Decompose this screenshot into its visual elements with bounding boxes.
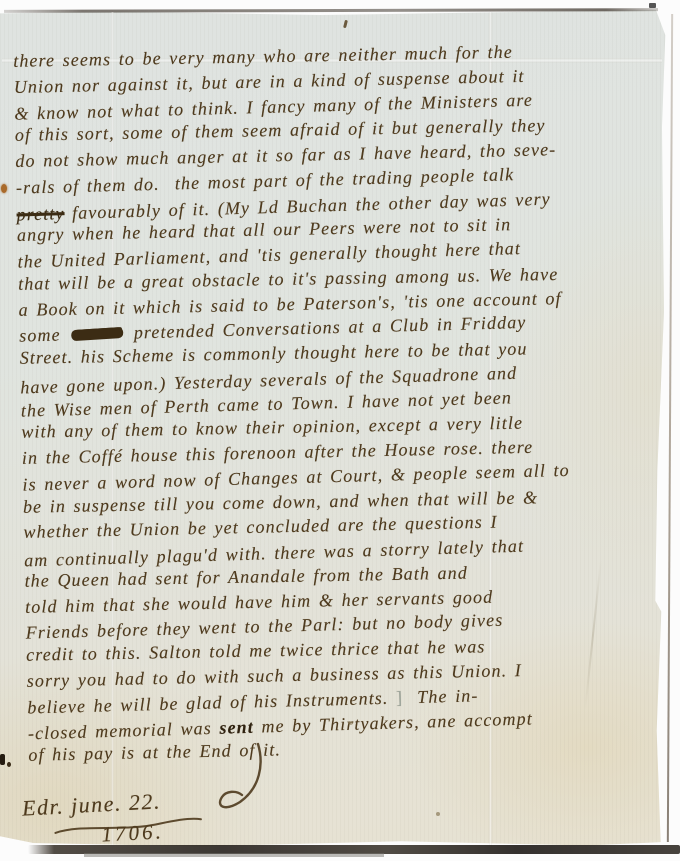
signature-year: 1706. xyxy=(101,819,164,847)
letter-text: -closed memorial was xyxy=(28,718,220,744)
scan-speck xyxy=(649,3,656,8)
paper-speck xyxy=(348,721,353,725)
letter-text: the Queen had sent for Anandale from the… xyxy=(24,562,468,590)
letter-text: sent xyxy=(219,717,254,738)
closing-flourish-swash xyxy=(212,742,272,814)
letter-text: some xyxy=(19,325,69,346)
scribbled-out-word xyxy=(71,327,124,341)
letter-text: The in- xyxy=(402,685,479,707)
paper-speck xyxy=(436,812,440,816)
struck-word: pretty xyxy=(16,203,64,224)
ink-blot xyxy=(7,762,11,767)
letter-body: there seems to be very many who are neit… xyxy=(13,36,680,768)
scan-edge-shadow-light xyxy=(84,853,384,857)
ink-blot xyxy=(1,184,7,193)
ink-blot xyxy=(0,754,5,765)
